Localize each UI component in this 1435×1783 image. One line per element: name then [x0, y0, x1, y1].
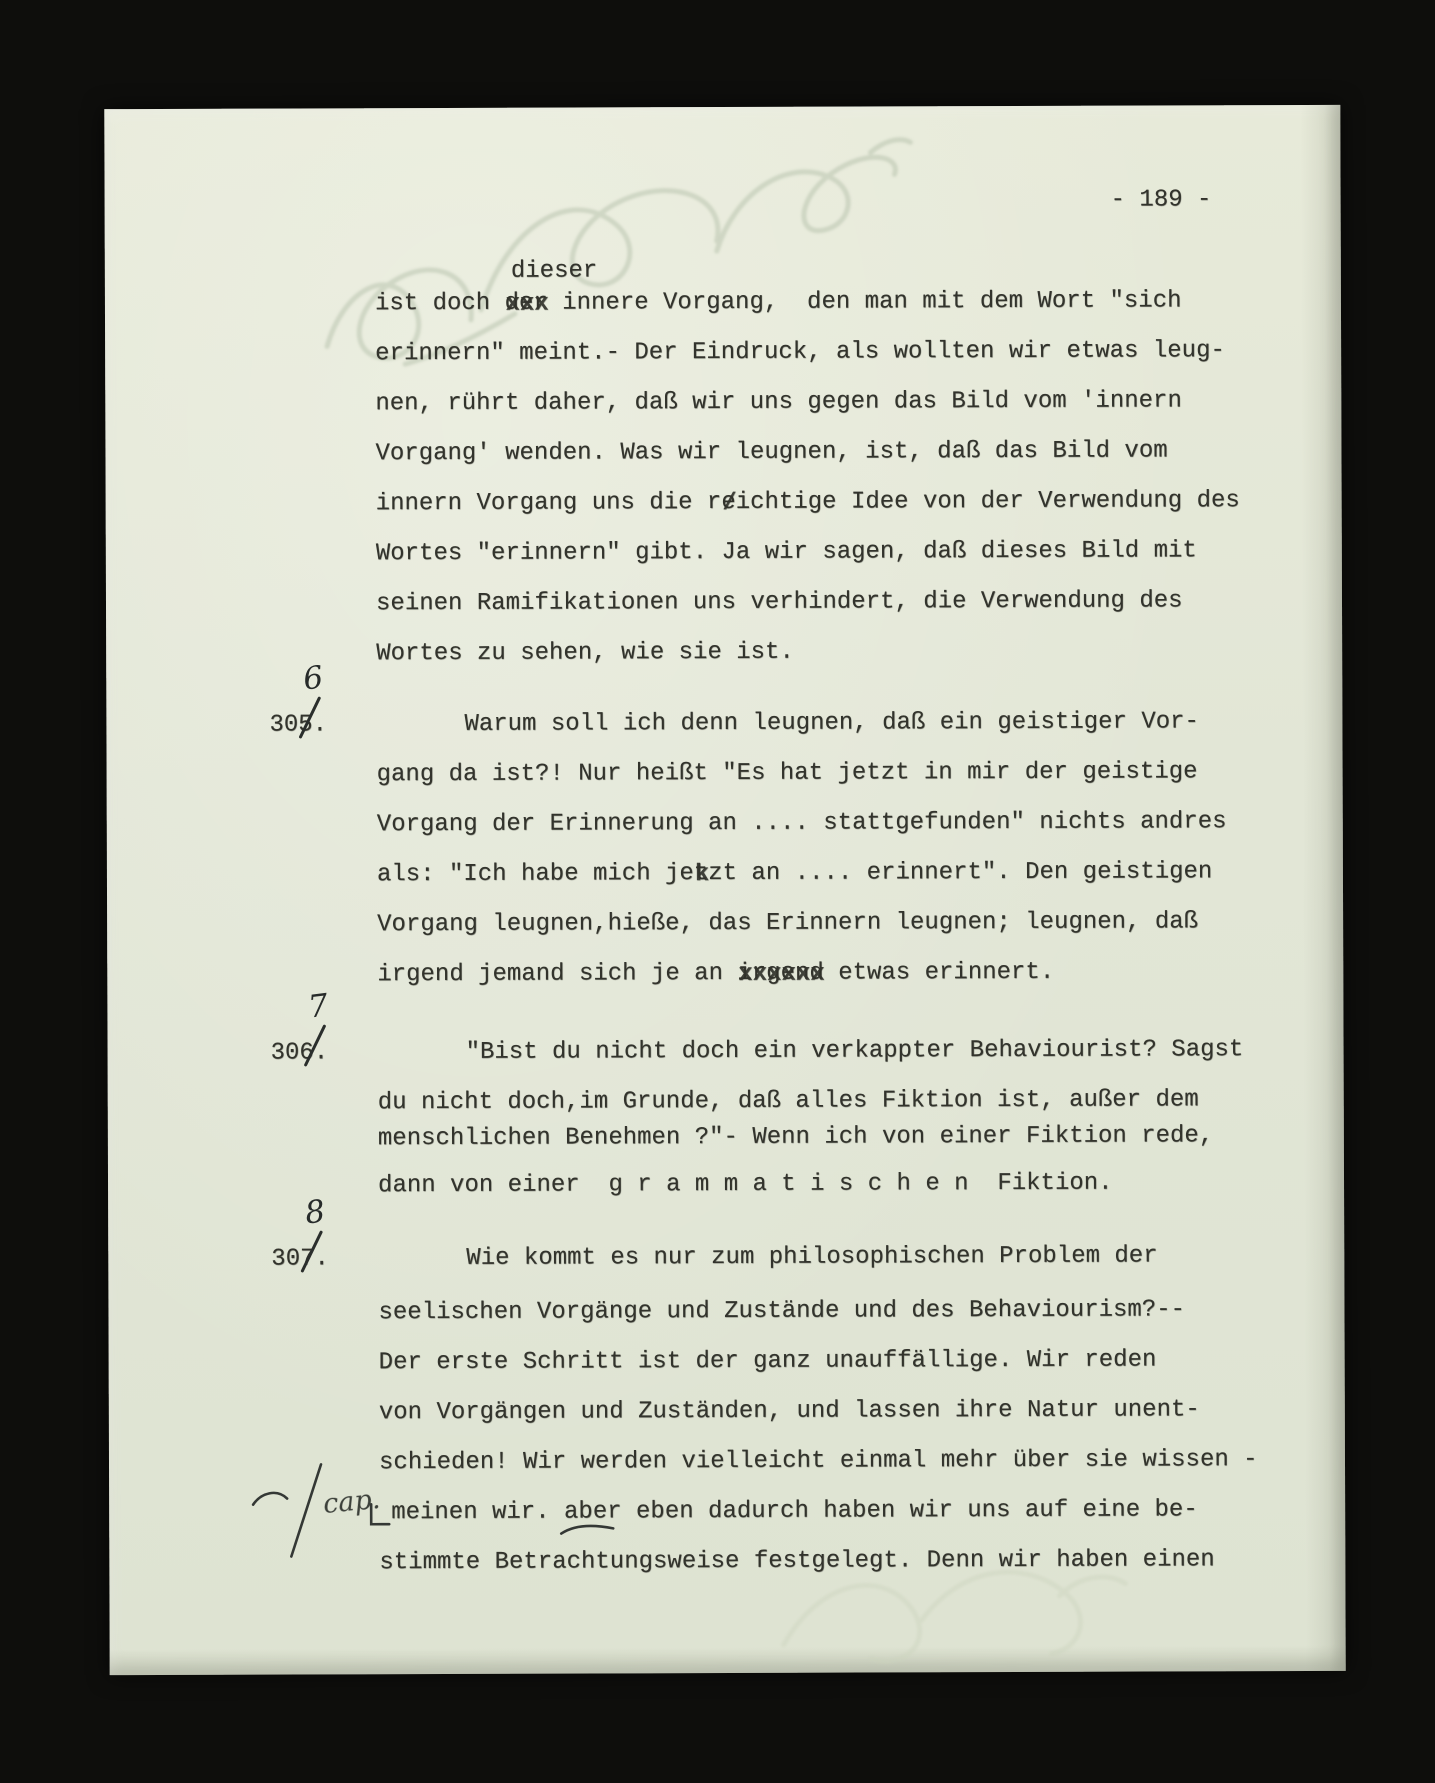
inserted-word: dieser	[511, 254, 598, 288]
typed-line: irgend jemand sich je an irgendxxxxxx et…	[377, 956, 1054, 992]
overstrike-x: xxxxxx	[738, 957, 825, 991]
handwritten-digit: 6	[301, 659, 325, 697]
typed-line: menschlichen Benehmen ?"- Wenn ich von e…	[378, 1119, 1213, 1156]
typed-line: Wortes zu sehen, wie sie ist.	[376, 636, 794, 671]
typed-text: innere Vorgang, den man mit dem Wort "si…	[548, 287, 1182, 316]
typed-line: gang da ist?! Nur heißt "Es hat jetzt in…	[377, 755, 1198, 792]
typed-line: du nicht doch,im Grunde, daß alles Fikti…	[378, 1083, 1199, 1120]
typed-text: irgend jemand sich je an	[377, 960, 737, 988]
overstruck-word: derxxx	[505, 287, 548, 321]
typed-text: zt an .... erinnert". Den geistigen	[708, 858, 1212, 887]
typed-text: ist doch	[375, 290, 505, 317]
overstruck-letter: e/	[721, 486, 736, 520]
typed-line: "Bist du nicht doch ein verkappter Behav…	[466, 1033, 1244, 1070]
typed-line: Warum soll ich denn leugnen, daß ein gei…	[464, 705, 1199, 742]
typed-line: ist doch derxxx innere Vorgang, den man …	[375, 284, 1182, 321]
typed-line: als: "Ich habe mich jetkzt an .... erinn…	[377, 855, 1212, 892]
typed-line: Wie kommt es nur zum philosophischen Pro…	[466, 1239, 1157, 1275]
margin-note-cap: cap.	[322, 1484, 382, 1520]
underline-mark	[557, 1519, 621, 1539]
typed-line: Vorgang' wenden. Was wir leugnen, ist, d…	[375, 434, 1167, 471]
typed-text: ichtige Idee von der Verwendung des	[736, 487, 1240, 516]
overstruck-letter: tk	[694, 857, 709, 891]
typed-line: Wortes "erinnern" gibt. Ja wir sagen, da…	[376, 534, 1197, 571]
typed-line: erinnern" meint.- Der Eindruck, als woll…	[375, 334, 1225, 371]
typed-line: Vorgang leugnen,hieße, das Erinnern leug…	[377, 905, 1198, 942]
scan-background: - 189 - dieser ist doch derxxx innere Vo…	[0, 0, 1435, 1783]
typed-line: Der erste Schritt ist der ganz unauffäll…	[379, 1343, 1157, 1380]
overstrike-x: k	[695, 858, 710, 892]
typed-text: etwas erinnert.	[824, 959, 1055, 987]
section-number-typed: 306.	[271, 1036, 329, 1070]
overstruck-word: irgendxxxxxx	[737, 957, 824, 991]
curl-mark	[253, 1493, 287, 1505]
overstrike-slash: /	[722, 486, 737, 520]
slash-mark	[291, 1464, 321, 1556]
typed-line: nen, rührt daher, daß wir uns gegen das …	[375, 384, 1182, 421]
handwritten-digit: 7	[306, 987, 330, 1025]
typed-text: innern Vorgang uns die r	[376, 489, 722, 517]
typed-text: als: "Ich habe mich je	[377, 860, 694, 888]
typed-line: seinen Ramifikationen uns verhindert, di…	[376, 584, 1183, 621]
typed-line: stimmte Betrachtungsweise festgelegt. De…	[379, 1543, 1214, 1580]
typed-line: innern Vorgang uns die re/ichtige Idee v…	[376, 484, 1240, 521]
typed-line: meinen wir. aber eben dadurch haben wir …	[391, 1493, 1198, 1530]
page-number: - 189 -	[1111, 183, 1212, 217]
handwritten-digit: 8	[303, 1193, 327, 1231]
typed-line: seelischen Vorgänge und Zustände und des…	[378, 1293, 1185, 1330]
typescript-page: - 189 - dieser ist doch derxxx innere Vo…	[104, 105, 1345, 1675]
overstrike-x: xxx	[506, 287, 549, 321]
typed-line: dann von einer g r a m m a t i s c h e n…	[378, 1167, 1113, 1204]
typed-line: schieden! Wir werden vielleicht einmal m…	[379, 1443, 1258, 1480]
typed-line: Vorgang der Erinnerung an .... stattgefu…	[377, 805, 1227, 842]
typed-line: von Vorgängen und Zuständen, und lassen …	[379, 1393, 1200, 1430]
